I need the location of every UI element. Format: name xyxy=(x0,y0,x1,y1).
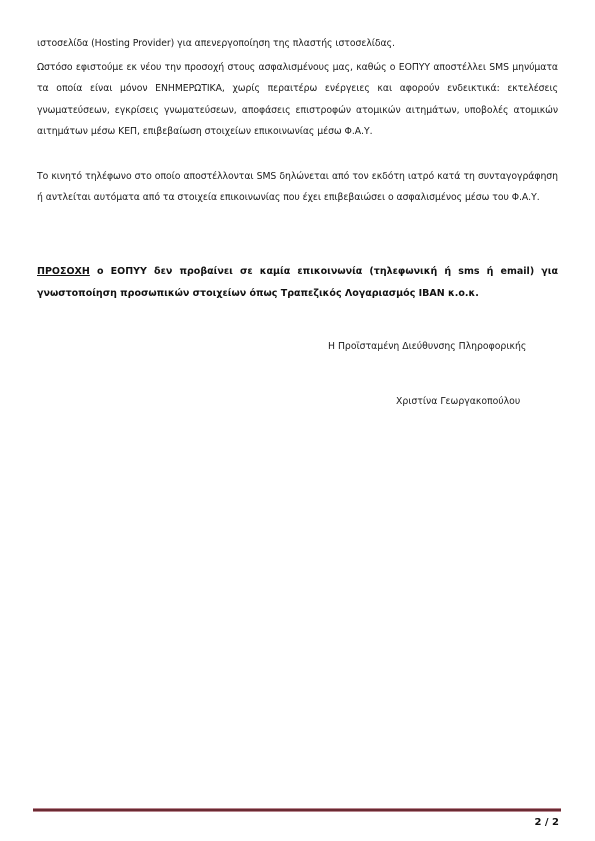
paragraph-sms-info: Ωστόσο εφιστούμε εκ νέου την προσοχή στο… xyxy=(37,57,558,142)
warning-text: ο ΕΟΠΥΥ δεν προβαίνει σε καμία επικοινων… xyxy=(37,266,558,299)
warning-label: ΠΡΟΣΟΧΗ xyxy=(37,266,90,277)
paragraph-mobile-phone: Το κινητό τηλέφωνο στο οποίο αποστέλλοντ… xyxy=(37,166,558,209)
page-number: 2 / 2 xyxy=(534,817,559,828)
warning-notice: ΠΡΟΣΟΧΗ ο ΕΟΠΥΥ δεν προβαίνει σε καμία ε… xyxy=(37,261,558,304)
document-page: ιστοσελίδα (Hosting Provider) για απενερ… xyxy=(0,0,595,841)
paragraph-hosting-provider: ιστοσελίδα (Hosting Provider) για απενερ… xyxy=(37,33,558,54)
footer-divider xyxy=(33,808,561,812)
signature-name: Χριστίνα Γεωργακοπούλου xyxy=(396,396,520,407)
signature-title: Η Προϊσταμένη Διεύθυνσης Πληροφορικής xyxy=(328,341,526,352)
